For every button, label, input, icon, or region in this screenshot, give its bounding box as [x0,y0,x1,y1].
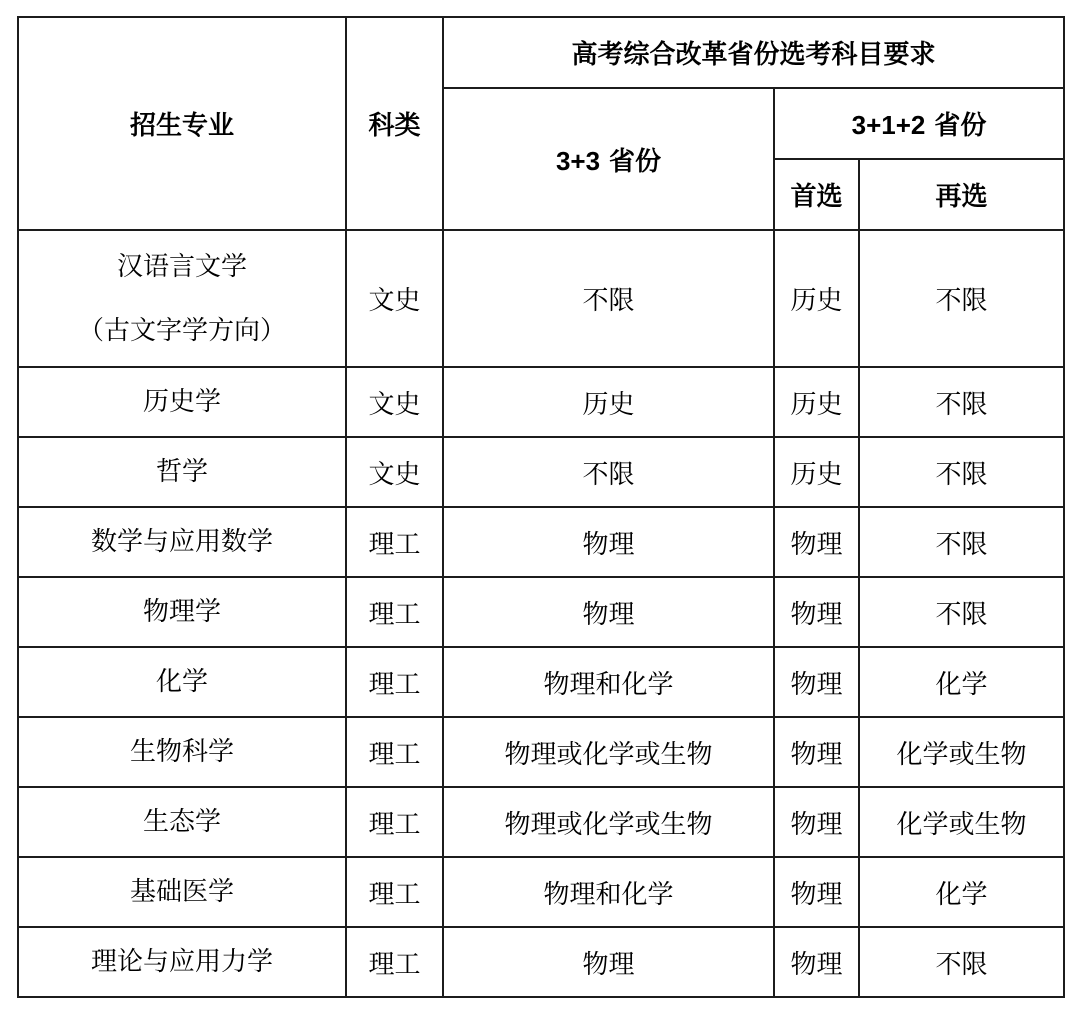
cell-3plus3: 物理和化学 [443,857,774,927]
header-first-choice: 首选 [774,159,859,230]
cell-category: 文史 [346,367,443,437]
cell-first-choice: 物理 [774,927,859,997]
cell-major: 生态学 [18,787,346,857]
cell-3plus3: 物理或化学或生物 [443,787,774,857]
header-3plus3-label: 省份 [609,147,661,176]
header-3plus1plus2-number: 3+1+2 [852,110,926,140]
cell-major: 历史学 [18,367,346,437]
table-row: 数学与应用数学 理工 物理 物理 不限 [18,507,1064,577]
cell-3plus3: 物理 [443,507,774,577]
cell-category: 理工 [346,857,443,927]
cell-category: 文史 [346,437,443,507]
cell-first-choice: 物理 [774,507,859,577]
header-3plus1plus2-label: 省份 [934,111,986,140]
cell-second-choice: 化学 [859,647,1064,717]
cell-category: 理工 [346,717,443,787]
cell-category: 理工 [346,927,443,997]
cell-category: 理工 [346,647,443,717]
cell-first-choice: 历史 [774,437,859,507]
table-row: 理论与应用力学 理工 物理 物理 不限 [18,927,1064,997]
cell-second-choice: 化学或生物 [859,787,1064,857]
cell-first-choice: 历史 [774,230,859,367]
cell-second-choice: 不限 [859,507,1064,577]
header-3plus3-number: 3+3 [556,146,600,176]
cell-first-choice: 物理 [774,577,859,647]
cell-3plus3: 物理 [443,927,774,997]
cell-3plus3: 历史 [443,367,774,437]
cell-major: 基础医学 [18,857,346,927]
page: 招生专业 科类 高考综合改革省份选考科目要求 3+3省份 3+1+2省份 首选 … [0,0,1080,1029]
cell-3plus3: 不限 [443,437,774,507]
cell-first-choice: 物理 [774,647,859,717]
cell-category: 理工 [346,577,443,647]
table-row: 化学 理工 物理和化学 物理 化学 [18,647,1064,717]
cell-major: 化学 [18,647,346,717]
subject-requirements-table: 招生专业 科类 高考综合改革省份选考科目要求 3+3省份 3+1+2省份 首选 … [17,16,1065,998]
table-row: 基础医学 理工 物理和化学 物理 化学 [18,857,1064,927]
table-row: 汉语言文学 （古文字学方向） 文史 不限 历史 不限 [18,230,1064,367]
cell-second-choice: 不限 [859,230,1064,367]
header-category: 科类 [346,17,443,230]
cell-major: 物理学 [18,577,346,647]
cell-category: 文史 [346,230,443,367]
cell-first-choice: 物理 [774,787,859,857]
cell-category: 理工 [346,507,443,577]
cell-3plus3: 物理和化学 [443,647,774,717]
cell-major: 汉语言文学 （古文字学方向） [18,230,346,367]
cell-major: 数学与应用数学 [18,507,346,577]
cell-second-choice: 化学或生物 [859,717,1064,787]
cell-major: 哲学 [18,437,346,507]
header-reform-title: 高考综合改革省份选考科目要求 [443,17,1064,88]
cell-first-choice: 物理 [774,717,859,787]
cell-second-choice: 不限 [859,577,1064,647]
cell-3plus3: 不限 [443,230,774,367]
cell-first-choice: 历史 [774,367,859,437]
cell-major: 理论与应用力学 [18,927,346,997]
header-3plus1plus2: 3+1+2省份 [774,88,1064,159]
cell-second-choice: 不限 [859,927,1064,997]
table-row: 物理学 理工 物理 物理 不限 [18,577,1064,647]
cell-first-choice: 物理 [774,857,859,927]
cell-second-choice: 不限 [859,437,1064,507]
header-row-1: 招生专业 科类 高考综合改革省份选考科目要求 [18,17,1064,88]
header-second-choice: 再选 [859,159,1064,230]
header-3plus3: 3+3省份 [443,88,774,230]
cell-second-choice: 化学 [859,857,1064,927]
table-row: 生物科学 理工 物理或化学或生物 物理 化学或生物 [18,717,1064,787]
cell-second-choice: 不限 [859,367,1064,437]
table-row: 哲学 文史 不限 历史 不限 [18,437,1064,507]
cell-category: 理工 [346,787,443,857]
cell-3plus3: 物理或化学或生物 [443,717,774,787]
cell-3plus3: 物理 [443,577,774,647]
cell-major: 生物科学 [18,717,346,787]
header-major: 招生专业 [18,17,346,230]
table-row: 生态学 理工 物理或化学或生物 物理 化学或生物 [18,787,1064,857]
table-row: 历史学 文史 历史 历史 不限 [18,367,1064,437]
